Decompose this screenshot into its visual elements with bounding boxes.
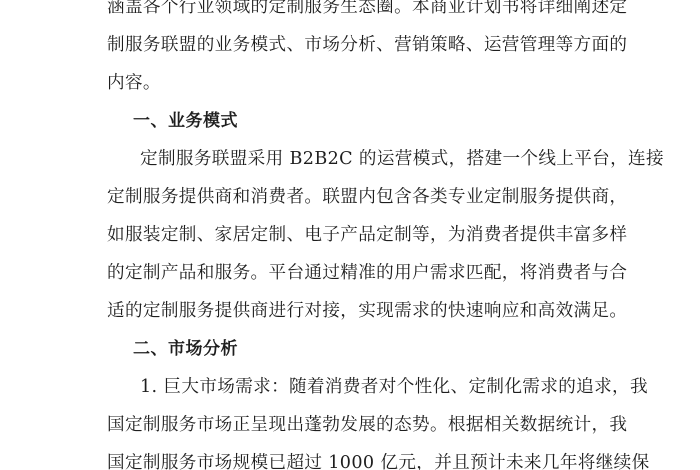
paragraph-line: 的定制产品和服务。平台通过精准的用户需求匹配，将消费者与合 xyxy=(107,262,627,284)
paragraph-line: 定制服务联盟采用 B2B2C 的运营模式，搭建一个线上平台，连接 xyxy=(140,148,664,170)
paragraph-line: 涵盖各个行业领域的定制服务生态圈。本商业计划书将详细阐述定 xyxy=(107,0,627,18)
section-heading-market-analysis: 二、市场分析 xyxy=(133,338,238,360)
paragraph-line: 适的定制服务提供商进行对接，实现需求的快速响应和高效满足。 xyxy=(107,300,627,322)
paragraph-line: 国定制服务市场正呈现出蓬勃发展的态势。根据相关数据统计，我 xyxy=(107,414,627,436)
paragraph-line: 1. 巨大市场需求：随着消费者对个性化、定制化需求的追求，我 xyxy=(140,376,648,398)
paragraph-line: 国定制服务市场规模已超过 1000 亿元，并且预计未来几年将继续保 xyxy=(107,452,650,470)
section-heading-business-model: 一、业务模式 xyxy=(133,110,238,132)
paragraph-line: 如服装定制、家居定制、电子产品定制等，为消费者提供丰富多样 xyxy=(107,224,627,246)
paragraph-line: 内容。 xyxy=(107,72,161,94)
paragraph-line: 制服务联盟的业务模式、市场分析、营销策略、运营管理等方面的 xyxy=(107,34,627,56)
paragraph-line: 定制服务提供商和消费者。联盟内包含各类专业定制服务提供商， xyxy=(107,186,627,208)
